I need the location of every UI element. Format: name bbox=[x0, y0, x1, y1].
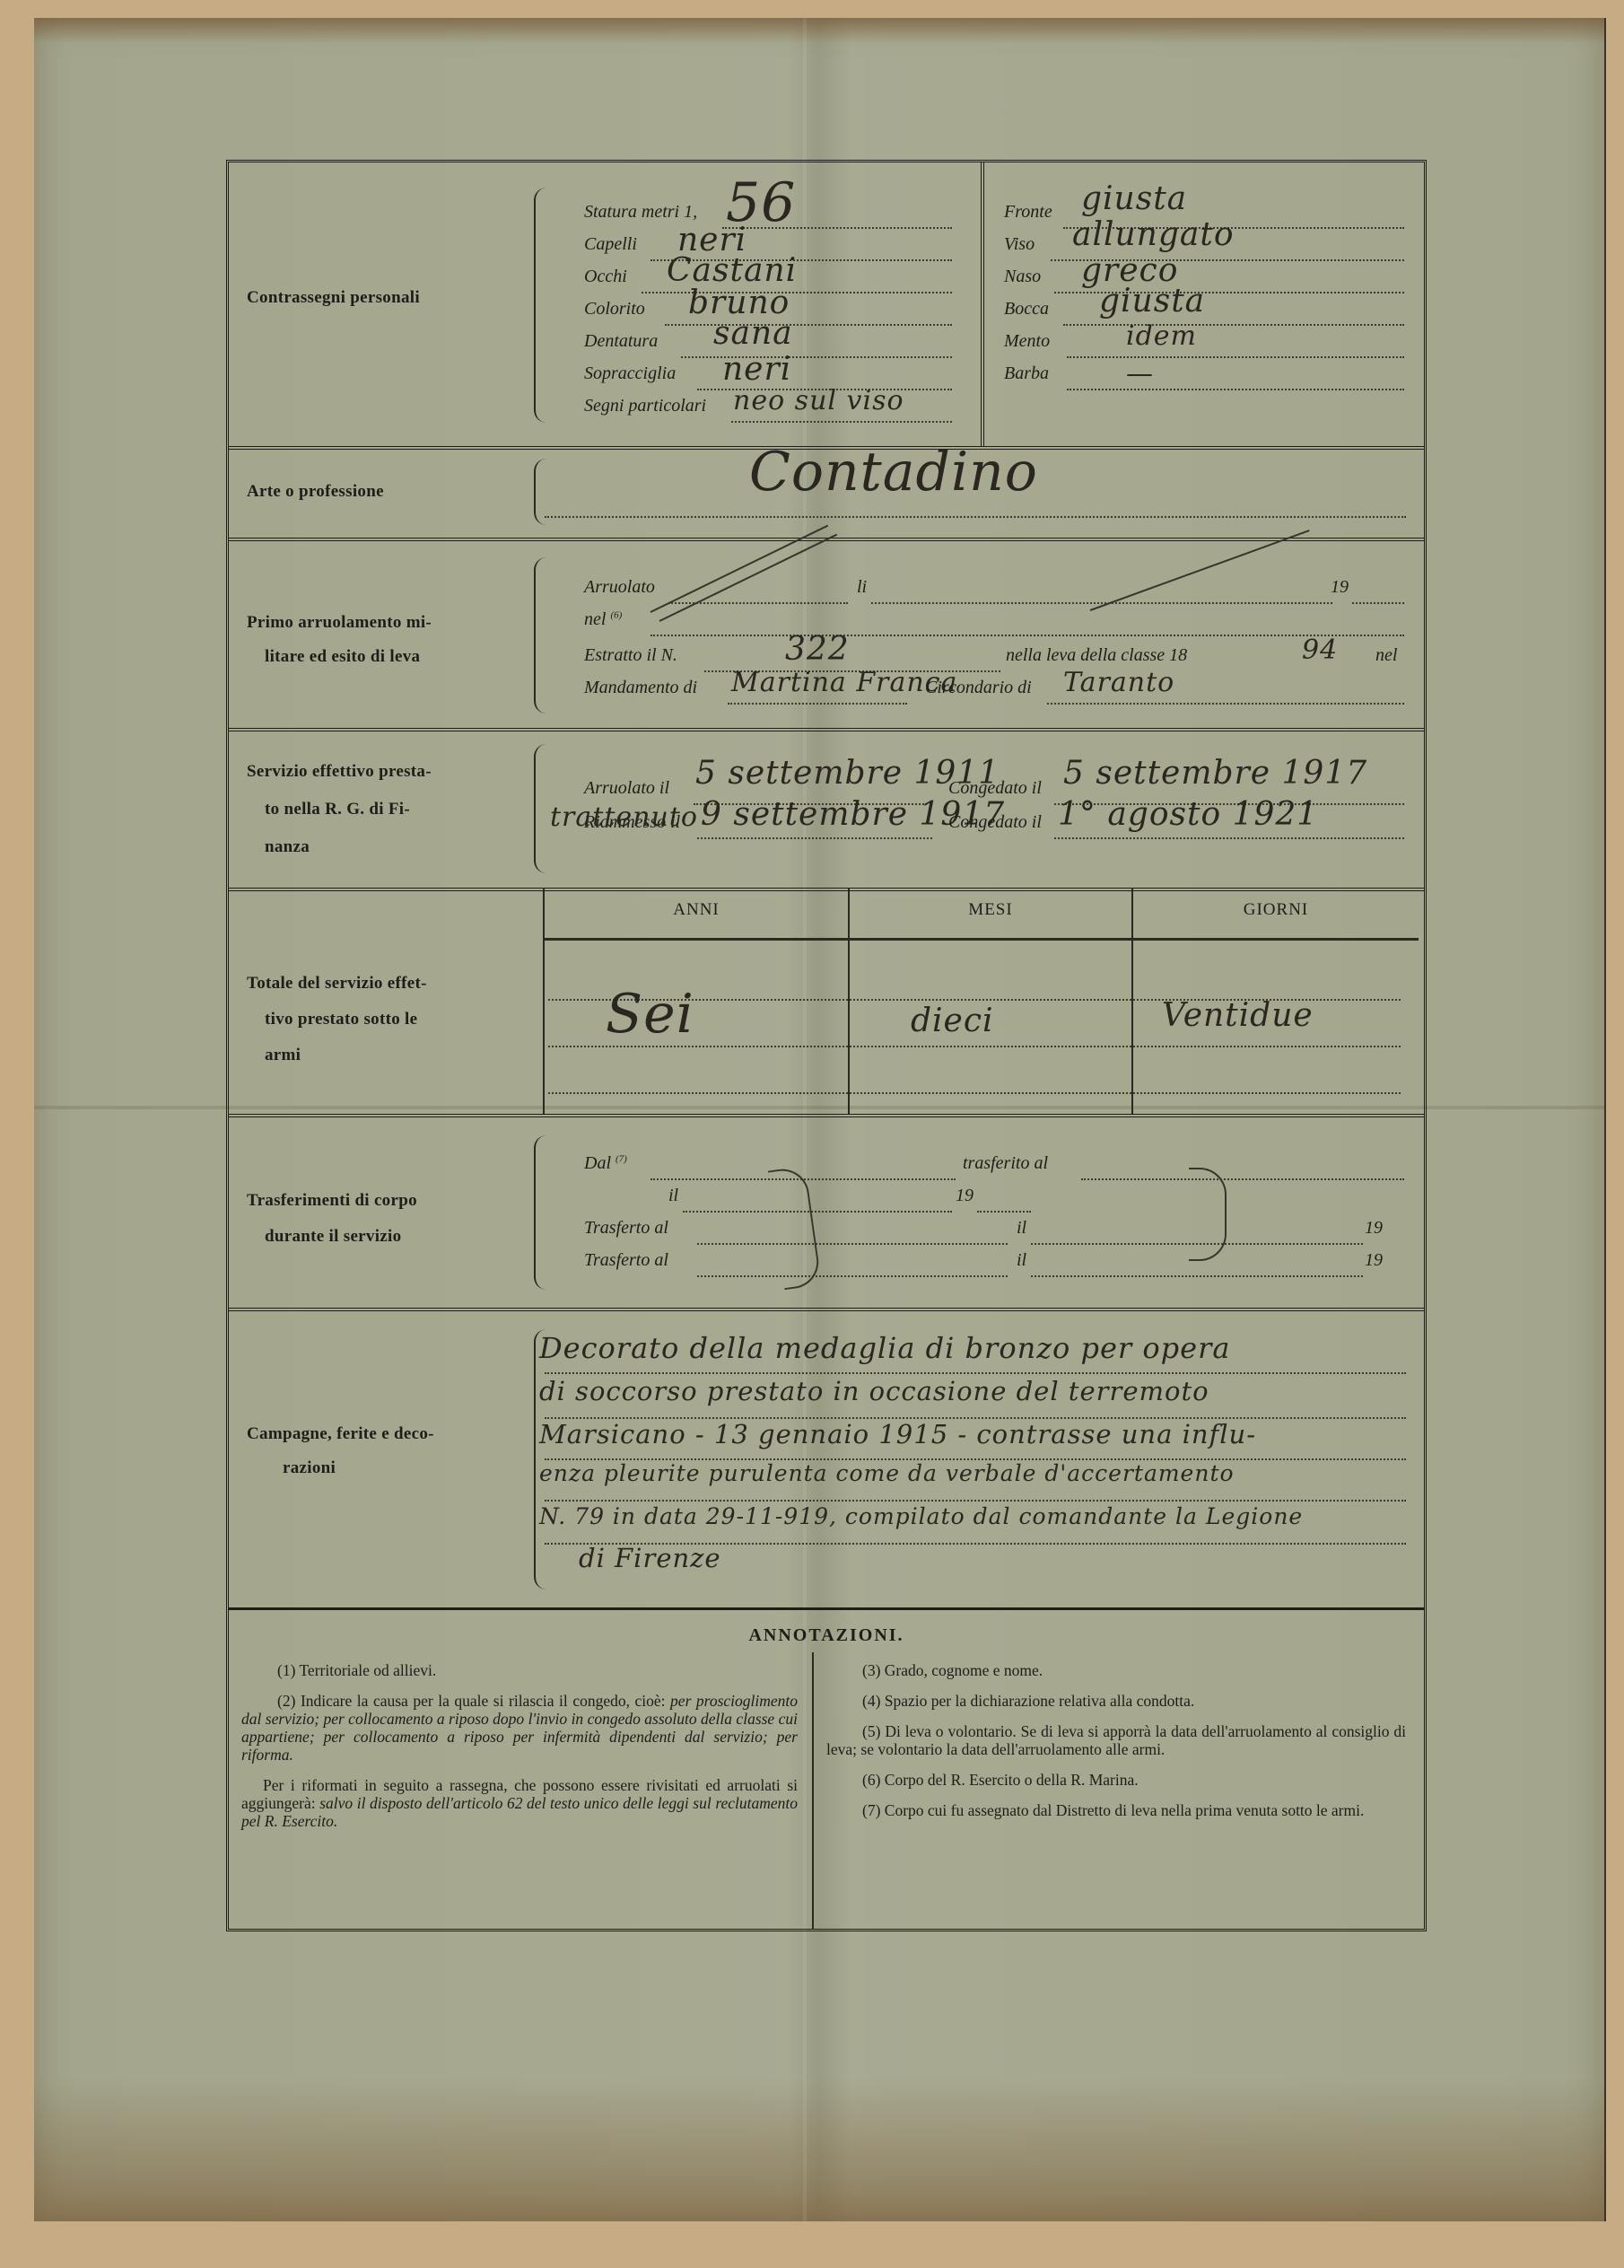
hw-mento: idem bbox=[1126, 320, 1197, 352]
dotted-line bbox=[545, 1372, 1406, 1374]
annotazioni-right: (3) Grado, cognome e nome. (4) Spazio pe… bbox=[826, 1661, 1406, 1832]
label-trasferimenti-2: durante il servizio bbox=[265, 1218, 534, 1256]
brace bbox=[534, 459, 550, 525]
dotted-line bbox=[697, 1275, 1008, 1277]
hw-fronte: giusta bbox=[1081, 180, 1187, 217]
field-naso: Naso bbox=[1004, 267, 1041, 297]
field-trasferito: trasferito al bbox=[963, 1153, 1048, 1184]
dotted-line bbox=[548, 1046, 1401, 1047]
field-dentatura: Dentatura bbox=[584, 331, 658, 362]
hw-classe: 94 bbox=[1302, 635, 1338, 666]
dotted-line bbox=[545, 516, 1406, 518]
hw-congedato-1: 5 settembre 1917 bbox=[1063, 755, 1367, 792]
note-2: (2) Indicare la causa per la quale si ri… bbox=[241, 1692, 798, 1764]
field-anno-2: 19 bbox=[1365, 1218, 1383, 1248]
label-arruolamento-2: litare ed esito di leva bbox=[265, 638, 534, 676]
field-colorito: Colorito bbox=[584, 299, 645, 329]
dotted-line bbox=[731, 421, 952, 423]
section-contrassegni: Contrassegni personali Statura metri 1, … bbox=[229, 162, 1424, 450]
dotted-line bbox=[1067, 389, 1404, 390]
column-divider bbox=[848, 888, 850, 1114]
field-capelli: Capelli bbox=[584, 234, 637, 265]
dotted-line bbox=[697, 837, 932, 839]
section-trasferimenti: Trasferimenti di corpo durante il serviz… bbox=[229, 1114, 1424, 1311]
field-nel2: nel bbox=[1375, 645, 1397, 676]
field-estratto: Estratto il N. bbox=[584, 645, 677, 676]
section-arruolamento: Primo arruolamento mi- litare ed esito d… bbox=[229, 538, 1424, 731]
dotted-line bbox=[1031, 1275, 1363, 1277]
field-occhi: Occhi bbox=[584, 267, 627, 297]
field-il-2: il bbox=[1017, 1218, 1026, 1248]
strike-mark bbox=[1090, 530, 1310, 611]
note-3: (3) Grado, cognome e nome. bbox=[826, 1661, 1406, 1679]
field-anno-3: 19 bbox=[1365, 1250, 1383, 1281]
strike-mark bbox=[650, 525, 829, 613]
section-annotazioni: ANNOTAZIONI. (1) Territoriale od allievi… bbox=[229, 1609, 1424, 1929]
label-contrassegni: Contrassegni personali bbox=[247, 279, 516, 317]
note-6: (6) Corpo del R. Esercito o della R. Mar… bbox=[826, 1771, 1406, 1789]
hw-mesi: dieci bbox=[911, 1003, 994, 1039]
hw-bocca: giusta bbox=[1099, 283, 1205, 320]
hw-cancel-mark bbox=[768, 1166, 822, 1291]
column-divider bbox=[543, 888, 545, 1114]
dotted-line bbox=[1081, 1178, 1404, 1180]
field-viso: Viso bbox=[1004, 234, 1035, 265]
military-record-form: Contrassegni personali Statura metri 1, … bbox=[226, 160, 1427, 1931]
field-il: il bbox=[668, 1186, 678, 1216]
brace bbox=[534, 188, 550, 423]
field-bocca: Bocca bbox=[1004, 299, 1049, 329]
note-7: (7) Corpo cui fu assegnato dal Distretto… bbox=[826, 1801, 1406, 1819]
column-divider bbox=[1131, 888, 1133, 1114]
hw-campagne-line: enza pleurite purulenta come da verbale … bbox=[539, 1460, 1235, 1486]
hw-sopracciglia: neri bbox=[722, 351, 791, 388]
label-campagne-1: Campagne, ferite e deco- bbox=[247, 1415, 516, 1453]
field-circondario: Circondario di bbox=[925, 678, 1032, 708]
hw-riammesso-override: trattenuto bbox=[550, 801, 698, 833]
dotted-line bbox=[728, 703, 907, 705]
dotted-line bbox=[1067, 356, 1404, 358]
hw-occhi: Castani bbox=[667, 252, 797, 289]
header-giorni: GIORNI bbox=[1133, 900, 1419, 920]
dotted-line bbox=[1352, 602, 1404, 604]
label-totale-2: tivo prestato sotto le bbox=[265, 1001, 534, 1038]
strike-mark bbox=[659, 534, 838, 622]
label-totale-1: Totale del servizio effet- bbox=[247, 965, 516, 1003]
dotted-line bbox=[683, 1211, 952, 1213]
dotted-line bbox=[545, 1500, 1406, 1502]
dotted-line bbox=[1063, 324, 1404, 326]
section-servizio: Servizio effettivo presta- to nella R. G… bbox=[229, 728, 1424, 891]
section-totale: Totale del servizio effet- tivo prestato… bbox=[229, 888, 1424, 1117]
header-mesi: MESI bbox=[850, 900, 1131, 920]
label-totale-3: armi bbox=[265, 1037, 534, 1074]
label-arruolamento-1: Primo arruolamento mi- bbox=[247, 604, 516, 642]
hw-viso: allungato bbox=[1072, 216, 1235, 253]
hw-congedato-2: 1° agosto 1921 bbox=[1058, 796, 1318, 833]
brace bbox=[534, 744, 550, 873]
dotted-line bbox=[697, 1243, 1008, 1245]
brace bbox=[534, 1135, 550, 1290]
field-mandamento: Mandamento di bbox=[584, 678, 697, 708]
hw-giorni: Ventidue bbox=[1162, 997, 1314, 1034]
annotazioni-title: ANNOTAZIONI. bbox=[229, 1625, 1424, 1646]
hw-cancel-mark bbox=[1189, 1168, 1227, 1261]
divider bbox=[981, 162, 984, 446]
field-mento: Mento bbox=[1004, 331, 1050, 362]
hw-segni: neo sul viso bbox=[733, 385, 904, 416]
dotted-line bbox=[665, 324, 952, 326]
field-il-3: il bbox=[1017, 1250, 1026, 1281]
note-riformati: Per i riformati in seguito a rassegna, c… bbox=[241, 1776, 798, 1830]
dotted-line bbox=[650, 635, 1404, 636]
dotted-line bbox=[871, 602, 1332, 604]
label-professione: Arte o professione bbox=[247, 473, 516, 511]
hw-campagne-line: di soccorso prestato in occasione del te… bbox=[539, 1376, 1209, 1406]
hw-circondario: Taranto bbox=[1063, 667, 1174, 698]
field-dal: Dal (7) bbox=[584, 1153, 627, 1184]
note-5: (5) Di leva o volontario. Se di leva si … bbox=[826, 1722, 1406, 1758]
hw-dentatura: sana bbox=[713, 315, 793, 352]
hw-campagne-line: N. 79 in data 29-11-919, compilato dal c… bbox=[539, 1503, 1303, 1529]
dotted-line bbox=[977, 1211, 1031, 1213]
field-li: li bbox=[857, 577, 867, 608]
note-4: (4) Spazio per la dichiarazione relativa… bbox=[826, 1692, 1406, 1710]
hw-estratto: 322 bbox=[785, 631, 850, 668]
dotted-line bbox=[1054, 837, 1404, 839]
field-barba: Barba bbox=[1004, 363, 1049, 394]
field-fronte: Fronte bbox=[1004, 202, 1052, 232]
field-segni: Segni particolari bbox=[584, 396, 706, 426]
brace bbox=[534, 557, 550, 714]
hw-mandamento: Martina Franca bbox=[731, 667, 957, 698]
column-divider bbox=[812, 1652, 814, 1929]
label-servizio-1: Servizio effettivo presta- bbox=[247, 753, 516, 791]
field-trasferto-2: Trasferto al bbox=[584, 1250, 668, 1281]
section-campagne: Campagne, ferite e deco- razioni Decorat… bbox=[229, 1308, 1424, 1610]
field-arruolato: Arruolato bbox=[584, 577, 655, 608]
label-campagne-2: razioni bbox=[283, 1449, 552, 1487]
field-trasferto-1: Trasferto al bbox=[584, 1218, 668, 1248]
header-rule bbox=[545, 938, 1419, 941]
hw-campagne-line: Decorato della medaglia di bronzo per op… bbox=[539, 1331, 1230, 1365]
field-anno: 19 bbox=[956, 1186, 974, 1216]
annotazioni-left: (1) Territoriale od allievi. (2) Indicar… bbox=[241, 1661, 798, 1843]
field-sopracciglia: Sopracciglia bbox=[584, 363, 676, 394]
hw-anni: Sei bbox=[606, 983, 694, 1046]
field-nel: nel (6) bbox=[584, 609, 622, 640]
hw-barba: — bbox=[1126, 358, 1154, 390]
hw-professione: Contadino bbox=[749, 441, 1038, 504]
dotted-line bbox=[1047, 703, 1404, 705]
field-congedato-2: Congedato il bbox=[948, 812, 1042, 843]
header-anni: ANNI bbox=[545, 900, 848, 920]
dotted-line bbox=[548, 1092, 1401, 1094]
label-servizio-2: to nella R. G. di Fi- bbox=[265, 791, 534, 828]
note-1: (1) Territoriale od allievi. bbox=[241, 1661, 798, 1679]
label-servizio-3: nanza bbox=[265, 828, 534, 866]
hw-campagne-line: Marsicano - 13 gennaio 1915 - contrasse … bbox=[539, 1419, 1256, 1449]
label-trasferimenti-1: Trasferimenti di corpo bbox=[247, 1182, 516, 1220]
field-anno: 19 bbox=[1331, 577, 1349, 608]
hw-campagne-line: di Firenze bbox=[579, 1543, 721, 1573]
